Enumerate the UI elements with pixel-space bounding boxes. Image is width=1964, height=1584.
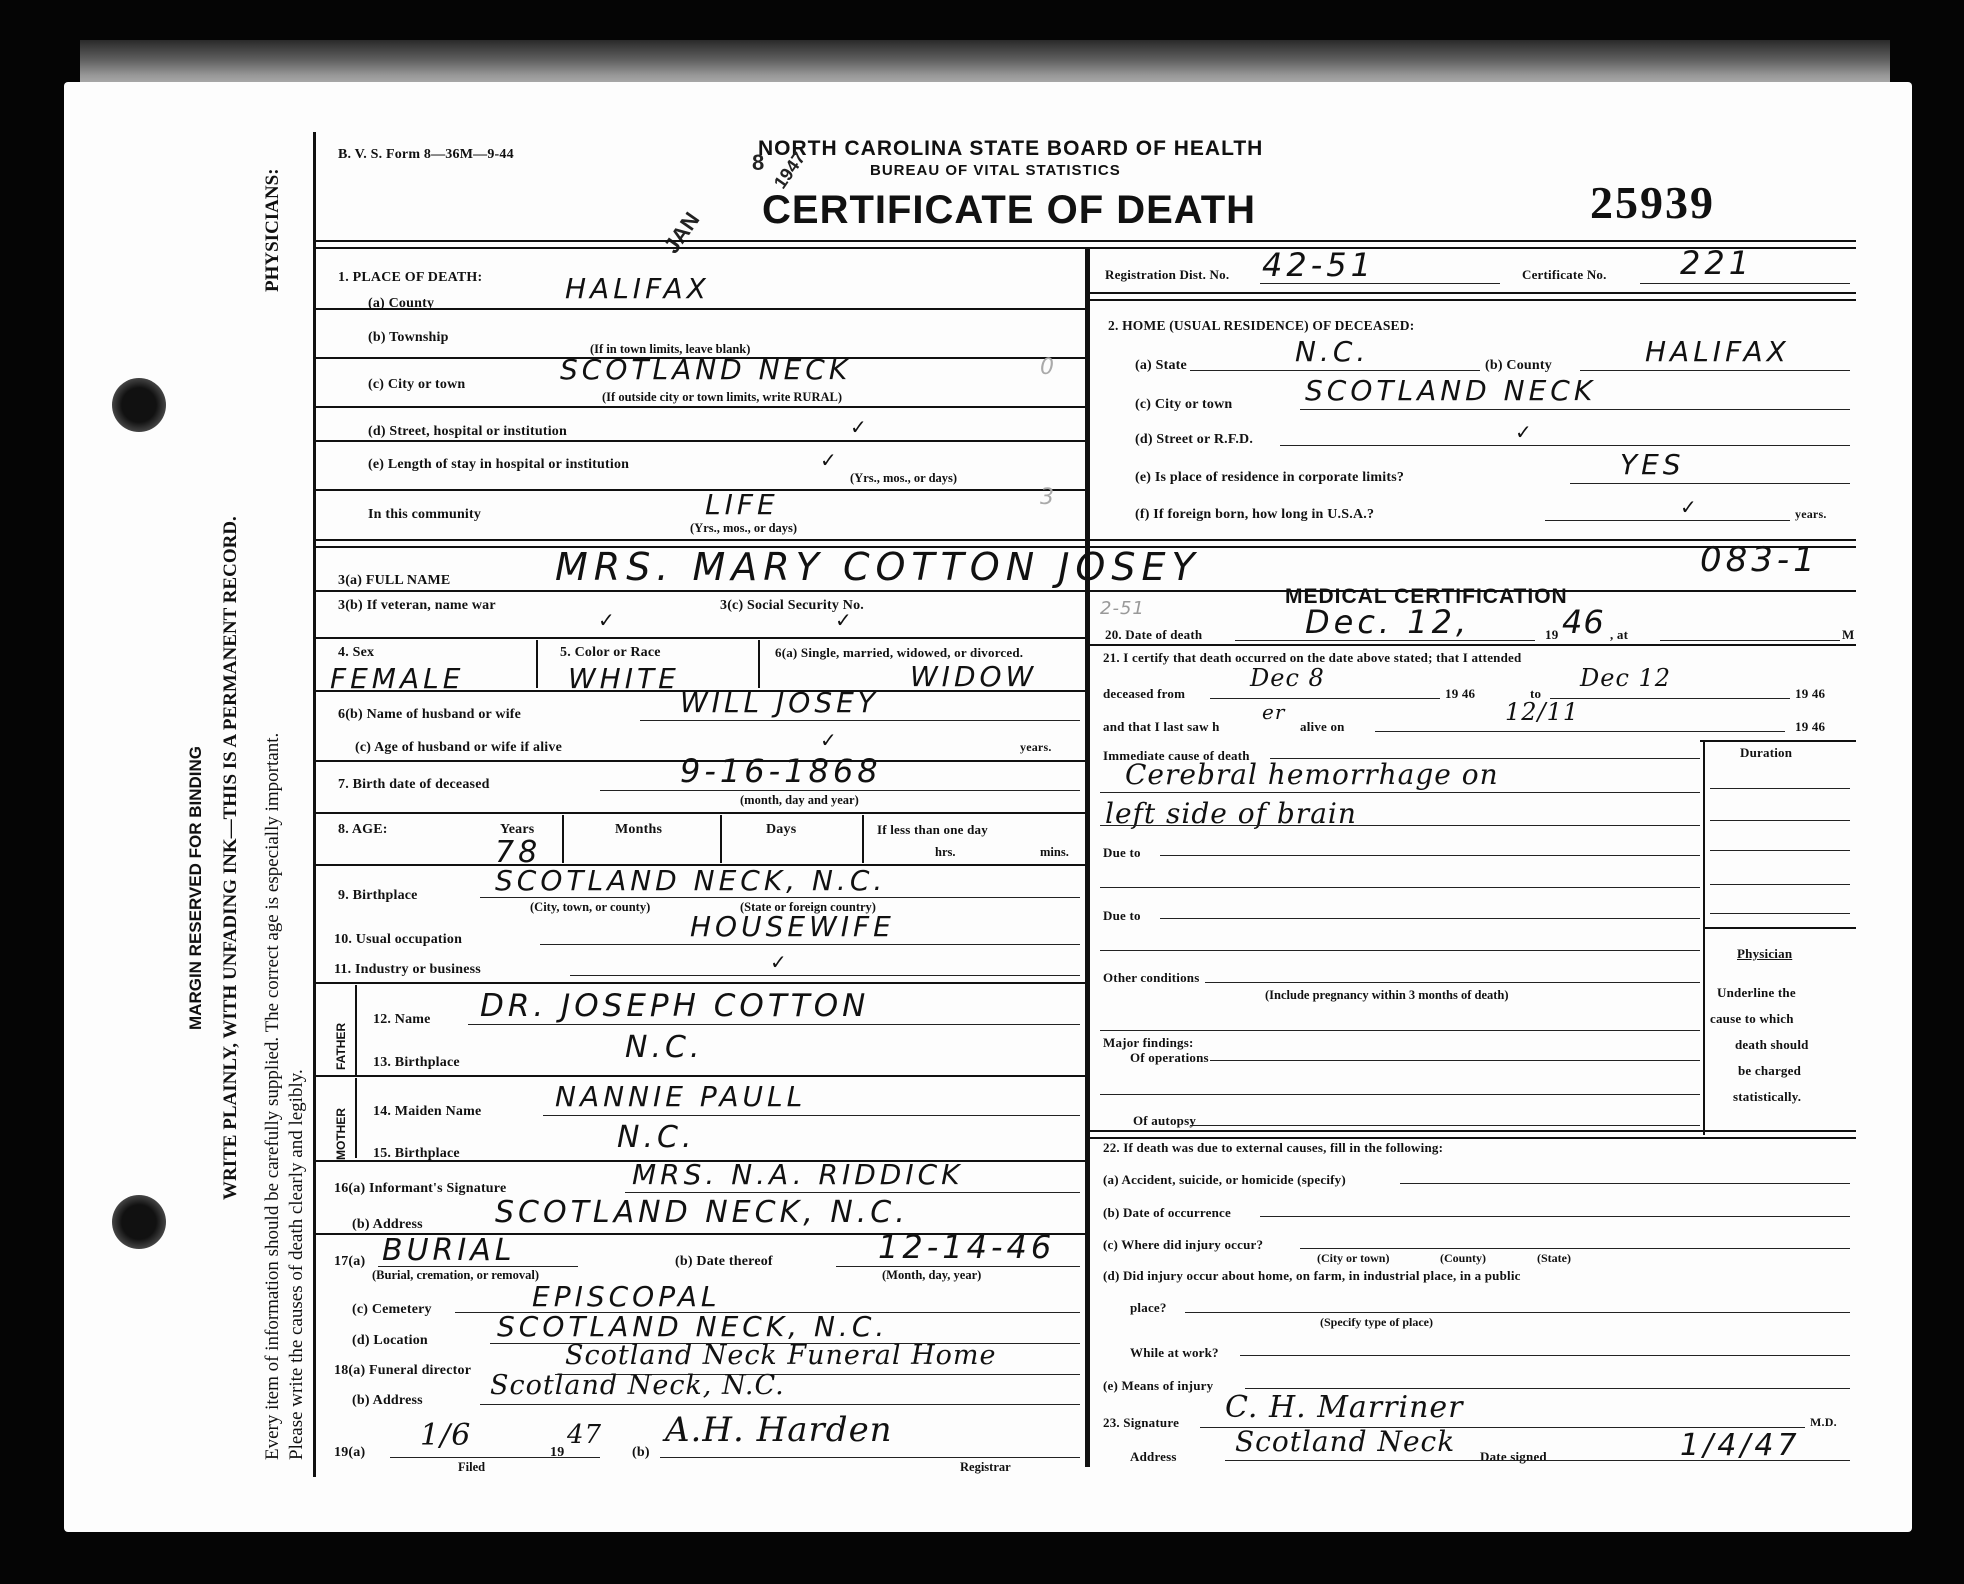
informant-signature-label: 16(a) Informant's Signature — [334, 1181, 506, 1197]
funeral-address-value: Scotland Neck, N.C. — [490, 1370, 785, 1401]
death-date-label: 20. Date of death — [1105, 627, 1202, 643]
residence-county-value: HALIFAX — [1645, 335, 1790, 368]
informant-signature-value: MRS. N.A. RIDDICK — [632, 1158, 964, 1191]
checkmark-icon: ✓ — [1680, 495, 1697, 519]
occupation-value: HOUSEWIFE — [690, 910, 895, 943]
full-name-value: MRS. MARY COTTON JOSEY — [555, 545, 1201, 589]
occurrence-date-label: (b) Date of occurrence — [1103, 1205, 1231, 1221]
operations-label: Of operations — [1130, 1050, 1209, 1066]
margin-instruction-2: Every item of information should be care… — [262, 733, 284, 1460]
margin-physicians: PHYSICIANS: — [262, 168, 284, 292]
agency-name: NORTH CAROLINA STATE BOARD OF HEALTH — [758, 137, 1263, 161]
injury-place-label-cont: place? — [1130, 1300, 1167, 1316]
marital-status-label: 6(a) Single, married, widowed, or divorc… — [775, 645, 1023, 661]
sex-label: 4. Sex — [338, 645, 374, 661]
age-months-label: Months — [615, 822, 662, 838]
accident-type-label: (a) Accident, suicide, or homicide (spec… — [1103, 1172, 1346, 1188]
received-stamp-day: 8 — [752, 150, 764, 176]
injury-state-note: (State) — [1537, 1251, 1571, 1266]
age-minutes-label: mins. — [1040, 845, 1069, 860]
last-seen-year: 19 46 — [1795, 719, 1825, 735]
last-seen-label: and that I last saw h — [1103, 719, 1220, 735]
full-name-label: 3(a) FULL NAME — [338, 573, 450, 589]
industry-label: 11. Industry or business — [334, 962, 481, 978]
stay-length-label: (e) Length of stay in hospital or instit… — [368, 457, 629, 473]
death-city-value: SCOTLAND NECK — [560, 353, 851, 386]
due-to-label-1: Due to — [1103, 845, 1141, 861]
checkmark-icon: ✓ — [850, 415, 867, 439]
age-label: 8. AGE: — [338, 822, 388, 838]
other-conditions-label: Other conditions — [1103, 970, 1200, 986]
informant-address-value: SCOTLAND NECK, N.C. — [495, 1195, 909, 1230]
residence-county-label: (b) County — [1485, 358, 1552, 374]
spouse-name-label: 6(b) Name of husband or wife — [338, 707, 521, 723]
means-of-injury-label: (e) Means of injury — [1103, 1378, 1213, 1394]
attended-to-value: Dec 12 — [1580, 664, 1671, 692]
filed-note: Filed — [458, 1460, 485, 1475]
mother-name-label: 14. Maiden Name — [373, 1104, 481, 1120]
father-section-label: FATHER — [334, 1023, 348, 1070]
foreign-born-unit: years. — [1795, 507, 1827, 522]
cemetery-value: EPISCOPAL — [532, 1280, 720, 1313]
spouse-age-unit: years. — [1020, 740, 1052, 755]
column-divider — [1085, 247, 1090, 1467]
filed-year-value: 47 — [567, 1420, 602, 1450]
bureau-name: BUREAU OF VITAL STATISTICS — [870, 162, 1121, 179]
immediate-cause-value-1: Cerebral hemorrhage on — [1125, 758, 1499, 791]
duration-label: Duration — [1740, 745, 1792, 761]
age-hours-label: hrs. — [935, 845, 956, 860]
attended-from-label: deceased from — [1103, 686, 1185, 702]
funeral-director-value: Scotland Neck Funeral Home — [565, 1340, 996, 1371]
record-code: 083-1 — [1700, 540, 1819, 580]
community-stay-label: In this community — [368, 507, 481, 523]
birthplace-value: SCOTLAND NECK, N.C. — [495, 864, 886, 897]
residence-state-value: N.C. — [1295, 335, 1369, 368]
stay-length-note: (Yrs., mos., or days) — [850, 471, 957, 486]
death-date-value: Dec. 12, — [1305, 603, 1470, 641]
community-stay-note: (Yrs., mos., or days) — [690, 521, 797, 536]
death-time-label: , at — [1610, 627, 1628, 643]
date-signed-value: 1/4/47 — [1680, 1428, 1801, 1463]
physician-note-2: cause to which — [1710, 1011, 1794, 1027]
informant-address-label: (b) Address — [352, 1217, 423, 1233]
mother-section-label: MOTHER — [334, 1108, 348, 1160]
residence-city-value: SCOTLAND NECK — [1305, 374, 1596, 407]
community-stay-value: LIFE — [705, 488, 779, 521]
binder-hole-top — [112, 378, 166, 432]
birth-date-note: (month, day and year) — [740, 793, 859, 808]
margin-binding-note: MARGIN RESERVED FOR BINDING — [186, 746, 206, 1030]
mother-birthplace-value: N.C. — [617, 1120, 695, 1155]
checkmark-icon: ✓ — [1515, 420, 1532, 444]
cemetery-label: (c) Cemetery — [352, 1302, 432, 1318]
death-institution-label: (d) Street, hospital or institution — [368, 424, 567, 440]
father-name-label: 12. Name — [373, 1012, 431, 1028]
margin-mark: 3 — [1040, 485, 1058, 510]
last-seen-date: 12/11 — [1505, 698, 1579, 726]
occupation-label: 10. Usual occupation — [334, 932, 462, 948]
burial-date-note: (Month, day, year) — [882, 1268, 981, 1283]
residence-street-label: (d) Street or R.F.D. — [1135, 432, 1253, 448]
filed-year-prefix: 19 — [550, 1445, 564, 1461]
marital-status-value: WIDOW — [910, 660, 1037, 693]
veteran-label: 3(b) If veteran, name war — [338, 598, 496, 614]
left-border — [313, 132, 316, 1477]
father-birthplace-value: N.C. — [625, 1030, 703, 1065]
filed-label: 19(a) — [334, 1445, 365, 1461]
injury-county-note: (County) — [1440, 1251, 1486, 1266]
disposition-note: (Burial, cremation, or removal) — [372, 1268, 539, 1283]
major-findings-label: Major findings: — [1103, 1035, 1194, 1051]
funeral-director-label: 18(a) Funeral director — [334, 1363, 471, 1379]
margin-mark: 0 — [1040, 355, 1058, 380]
other-conditions-note: (Include pregnancy within 3 months of de… — [1265, 988, 1509, 1003]
binder-hole-bottom — [112, 1195, 166, 1249]
checkmark-icon: ✓ — [598, 608, 615, 632]
physician-address-label: Address — [1130, 1449, 1177, 1465]
residence-heading: 2. HOME (USUAL RESIDENCE) OF DECEASED: — [1108, 318, 1414, 334]
death-city-note: (If outside city or town limits, write R… — [602, 390, 842, 405]
last-seen-alive-label: alive on — [1300, 719, 1345, 735]
birthplace-city-note: (City, town, or county) — [530, 900, 650, 915]
death-county-value: HALIFAX — [565, 272, 710, 305]
margin-instruction-1: WRITE PLAINLY, WITH UNFADING INK—THIS IS… — [220, 516, 242, 1200]
physician-note-1: Underline the — [1717, 985, 1796, 1001]
death-year-prefix: 19 — [1545, 627, 1558, 643]
document-title: CERTIFICATE OF DEATH — [762, 188, 1256, 233]
attended-from-value: Dec 8 — [1250, 664, 1325, 692]
checkmark-icon: ✓ — [770, 950, 787, 974]
father-birthplace-label: 13. Birthplace — [373, 1055, 460, 1071]
injury-city-note: (City or town) — [1317, 1251, 1389, 1266]
certificate-number-label: Certificate No. — [1522, 267, 1607, 283]
certificate-number-value: 221 — [1680, 244, 1753, 282]
disposition-label: 17(a) — [334, 1254, 365, 1270]
registration-district-value: 42-51 — [1262, 246, 1375, 284]
spouse-age-label: (c) Age of husband or wife if alive — [355, 740, 562, 756]
certificate-serial-number: 25939 — [1590, 176, 1715, 229]
death-county-label: (a) County — [368, 296, 434, 312]
physician-note-5: statistically. — [1733, 1089, 1801, 1105]
birth-date-value: 9-16-1868 — [680, 752, 882, 790]
physician-note-4: be charged — [1738, 1063, 1801, 1079]
corporate-limits-value: YES — [1620, 448, 1685, 481]
race-label: 5. Color or Race — [560, 645, 661, 661]
checkmark-icon: ✓ — [820, 448, 837, 472]
injury-place-label: (d) Did injury occur about home, on farm… — [1103, 1268, 1521, 1284]
registration-district-label: Registration Dist. No. — [1105, 267, 1229, 283]
last-seen-pronoun: er — [1262, 700, 1285, 724]
margin-note: 2-51 — [1100, 598, 1145, 619]
burial-date-value: 12-14-46 — [878, 1228, 1055, 1266]
residence-state-label: (a) State — [1135, 358, 1187, 374]
foreign-born-label: (f) If foreign born, how long in U.S.A.? — [1135, 507, 1374, 523]
injury-location-label: (c) Where did injury occur? — [1103, 1237, 1263, 1253]
autopsy-label: Of autopsy — [1133, 1113, 1196, 1129]
form-number: B. V. S. Form 8—36M—9-44 — [338, 147, 514, 163]
residence-city-label: (c) City or town — [1135, 397, 1232, 413]
disposition-value: BURIAL — [382, 1233, 515, 1268]
while-at-work-label: While at work? — [1130, 1345, 1219, 1361]
date-signed-label: Date signed — [1480, 1449, 1547, 1465]
physician-heading: Physician — [1737, 946, 1792, 962]
death-time-meridian: M — [1842, 627, 1854, 643]
funeral-address-label: (b) Address — [352, 1393, 423, 1409]
death-year-value: 46 — [1562, 603, 1605, 641]
death-township-label: (b) Township — [368, 330, 449, 346]
burial-date-label: (b) Date thereof — [675, 1254, 773, 1270]
attended-from-year: 19 46 — [1445, 686, 1475, 702]
margin-instruction-3: Please write the causes of death clearly… — [286, 1069, 308, 1460]
age-less-than-day-label: If less than one day — [877, 822, 988, 838]
external-causes-heading: 22. If death was due to external causes,… — [1103, 1140, 1443, 1156]
injury-place-note: (Specify type of place) — [1320, 1315, 1433, 1330]
registrar-label: (b) — [632, 1445, 650, 1461]
age-days-label: Days — [766, 822, 796, 838]
registrar-note: Registrar — [960, 1460, 1011, 1475]
place-of-death-heading: 1. PLACE OF DEATH: — [338, 270, 482, 286]
registrar-signature: A.H. Harden — [665, 1410, 893, 1450]
due-to-label-2: Due to — [1103, 908, 1141, 924]
filed-date-value: 1/6 — [420, 1418, 471, 1453]
burial-location-value: SCOTLAND NECK, N.C. — [497, 1310, 888, 1343]
physician-signature-value: C. H. Marriner — [1225, 1390, 1464, 1425]
burial-location-label: (d) Location — [352, 1333, 428, 1349]
physician-address-value: Scotland Neck — [1235, 1425, 1455, 1458]
checkmark-icon: ✓ — [835, 608, 852, 632]
mother-name-value: NANNIE PAULL — [555, 1080, 806, 1113]
checkmark-icon: ✓ — [820, 728, 837, 752]
physician-note-3: death should — [1735, 1037, 1809, 1053]
death-city-label: (c) City or town — [368, 377, 465, 393]
spouse-name-value: WILL JOSEY — [680, 686, 879, 719]
birth-date-label: 7. Birth date of deceased — [338, 777, 490, 793]
father-name-value: DR. JOSEPH COTTON — [480, 988, 869, 1024]
physician-md-suffix: M.D. — [1810, 1415, 1837, 1430]
birthplace-label: 9. Birthplace — [338, 888, 418, 904]
physician-signature-label: 23. Signature — [1103, 1415, 1179, 1431]
corporate-limits-label: (e) Is place of residence in corporate l… — [1135, 470, 1404, 486]
attended-to-year: 19 46 — [1795, 686, 1825, 702]
